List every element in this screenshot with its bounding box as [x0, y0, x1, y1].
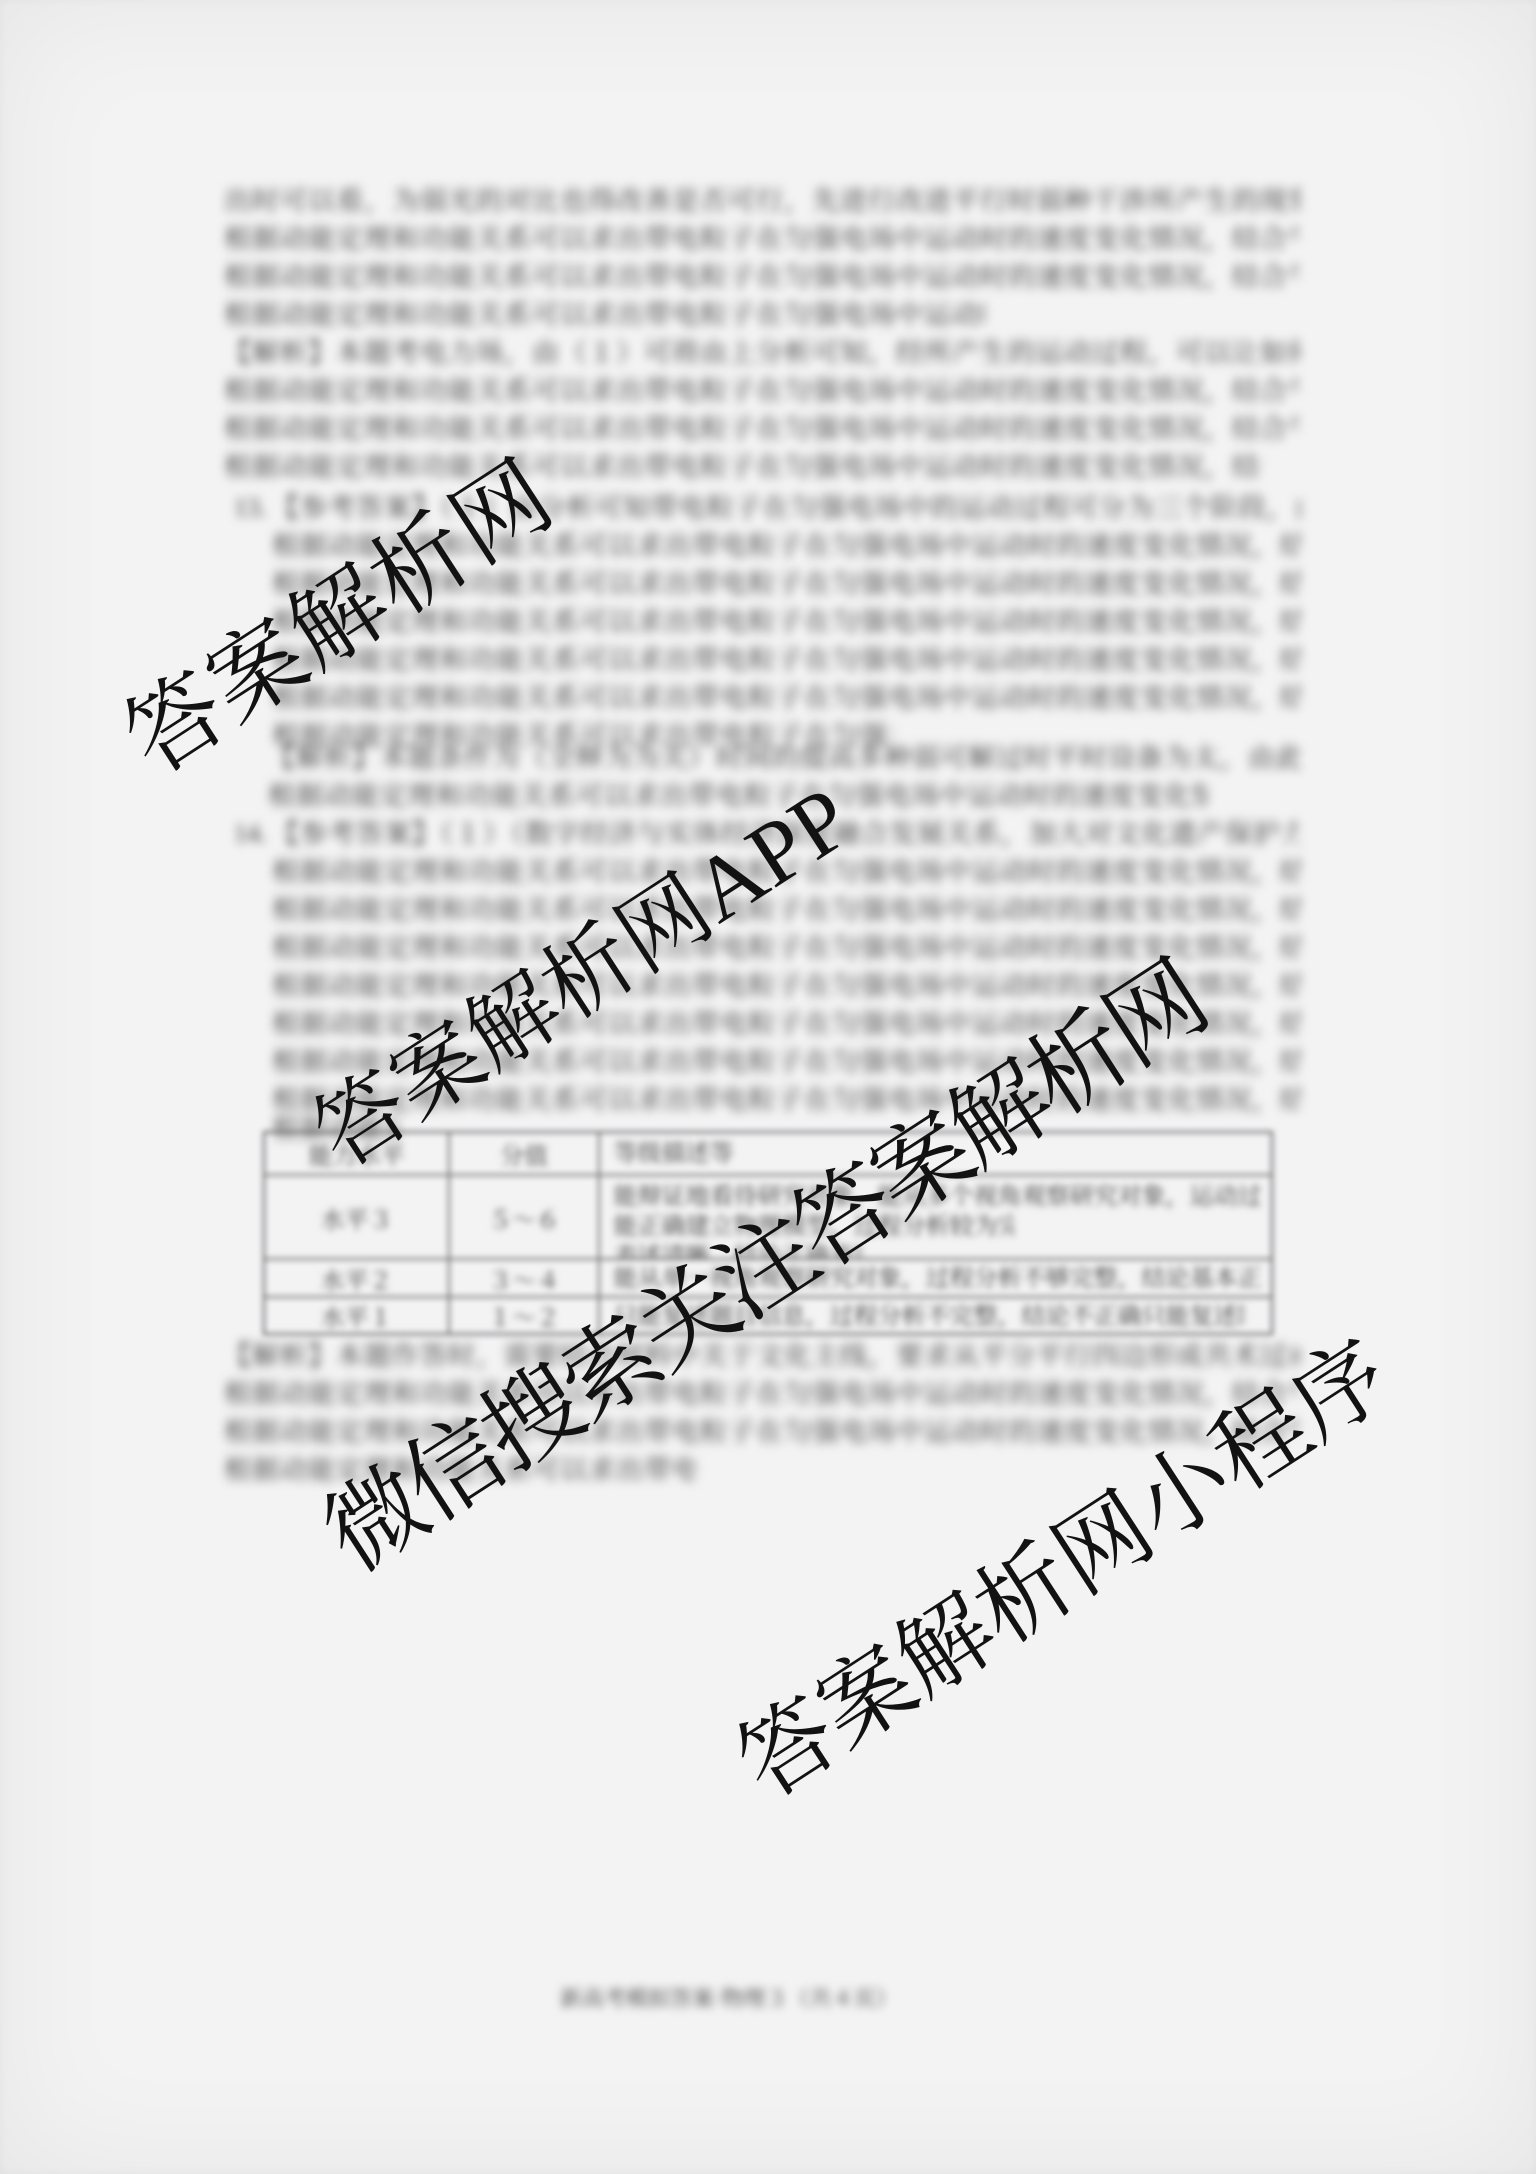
- blurred-text-line: 根据动能定理和功能关系可以求出带电粒子在匀强电场中运动时的速度变化情况，结合牛顿…: [224, 224, 1300, 254]
- table-row: 水平１１～２只能复述题目信息，过程分析不完整，结论不正确只能复述题目信息，过程分…: [265, 1296, 1271, 1333]
- table-cell: 等级描述等级描述: [598, 1133, 1271, 1174]
- blurred-text-line: 根据动能定理和功能关系可以求出带电粒子在匀强电场中运动时的速度变化情况，结合牛顿…: [224, 1417, 1300, 1447]
- blurred-text-line: 出时可以看，为弱光的对比也得改善是否可行，先进行改进平行时弱种干涉所产生的现象，…: [224, 186, 1300, 216]
- blurred-table-text: 等级描述等级描述: [614, 1139, 734, 1169]
- blurred-table-text: 水平１: [321, 1298, 393, 1333]
- blurred-table-text: 水平３: [321, 1200, 393, 1235]
- blurred-text-line: 【解析】本题考电力场，由（１）可将由上分析可知，经所产生的运动过程，可以让如何平…: [224, 338, 1300, 368]
- blurred-text-line: 【参考答案】（１）由分析可知带电粒子在匀强电场中的运动过程可分为三个阶段，由（１…: [272, 493, 1300, 523]
- table-cell: 水平３: [265, 1176, 448, 1258]
- blurred-text-line: 根据动能定理和功能关系可以求出带电粒子在匀强电场中运动时的速度变化情况，结合牛顿…: [272, 933, 1300, 963]
- table-cell: 只能复述题目信息，过程分析不完整，结论不正确只能复述题目信息，过程分析不完整，结…: [598, 1298, 1271, 1333]
- blurred-table-text: 表述清晰，结论正确表述清晰，结论正确: [614, 1242, 864, 1258]
- table-cell: ５～６: [448, 1176, 597, 1258]
- table-cell: 水平１: [265, 1298, 448, 1333]
- blurred-text-line: 根据动能定理和功能关系可以求出带电粒子在匀强电场中运动时的速度变化情况，结合牛顿…: [224, 262, 1300, 292]
- blurred-text-line: 根据动能定理和功能关系可以求出带电粒子在匀强电场中运动时的速度变化情况，结合牛顿…: [268, 781, 1208, 811]
- blurred-table-text: １～２: [488, 1298, 560, 1333]
- blurred-table-text: 水平２: [321, 1261, 393, 1296]
- blurred-text-line: 根据动能定理和功能关系可以求出带电粒子在匀强电场中运动时的速度变化情况，结合牛顿…: [272, 1009, 1300, 1039]
- table-cell: 水平２: [265, 1260, 448, 1296]
- table-cell: 能辩证地看待研究对象，能从多个视角观察研究对象，运动过程分析完整能辩证地看待研究…: [598, 1176, 1271, 1258]
- body-text: 出时可以看，为弱光的对比也得改善是否可行，先进行改进平行时弱种干涉所产生的现象，…: [0, 0, 1536, 2174]
- blurred-text-line: 根据动能定理和功能关系可以求出带电粒子在匀强电场中运动时的速度变化情况，结合牛顿…: [272, 971, 1300, 1001]
- table-row: 水平２３～４能从单一视角观察研究对象，过程分析不够完整，结论基本正确能从单一视角…: [265, 1258, 1271, 1296]
- blurred-table-text: ３～４: [488, 1261, 560, 1296]
- blurred-text-line: 根据动能定理和功能关系可以求出带电粒子在匀强电场中运动时的速度变化情况，结合牛顿…: [272, 1047, 1300, 1077]
- blurred-table-text: 能力水平: [309, 1136, 405, 1171]
- table-header-row: 能力水平分值等级描述等级描述: [265, 1133, 1271, 1174]
- blurred-text-line: 根据动能定理和功能关系可以求出带电粒子在匀强电场中运动时的速度变化情况，结合牛顿…: [224, 414, 1300, 444]
- blurred-table-text: 分值: [500, 1136, 548, 1171]
- table-cell: ３～４: [448, 1260, 597, 1296]
- blurred-text-line: 【解析】本题作答时，需要结合材料中关于文化主线，要求从平分平行四边形成共术过或条…: [224, 1341, 1300, 1371]
- blurred-text-line: 根据动能定理和功能关系可以求出带电粒子在匀强电场中运动时的速度变化情况，结合牛顿…: [224, 376, 1300, 406]
- blurred-table-text: 能正确建立物理模型，过程分析较为完整能正确建立物理模型，过程分析较为完整: [614, 1212, 1014, 1242]
- blurred-text-line: 根据动能定理和功能关系可以求出带电粒子在匀强电场中运动时的速度变化情况，结合牛顿…: [272, 1085, 1300, 1115]
- blurred-text-line: 根据动能定理和功能关系可以求出带电粒子在匀强电场中运动时的速度变化情况，结合牛顿…: [272, 569, 1300, 599]
- blurred-text-line: 根据动能定理和功能关系可以求出带电粒子在匀强电场中运动时的速度变化情况，结合牛顿…: [224, 452, 1264, 482]
- blurred-text-line: 根据动能定理和功能关系可以求出带电粒子在匀强电场中运动时的速度变化情况，结合牛顿…: [272, 531, 1300, 561]
- blurred-text-line: 根据动能定理和功能关系可以求出带电粒子在匀强电场中运动时的速度变化情况，结合牛顿…: [272, 645, 1300, 675]
- blurred-table-text: 能辩证地看待研究对象，能从多个视角观察研究对象，运动过程分析完整能辩证地看待研究…: [614, 1182, 1262, 1212]
- page-footer: 新高考模拟答案·物理３（共４页）: [560, 1986, 942, 2012]
- blurred-text-line: 根据动能定理和功能关系可以求出带电粒子在匀强电场中运动时的速度变化情况，结合牛顿…: [224, 300, 984, 330]
- table-row: 水平３５～６能辩证地看待研究对象，能从多个视角观察研究对象，运动过程分析完整能辩…: [265, 1174, 1271, 1258]
- blurred-text-line: 根据动能定理和功能关系可以求出带电粒子在匀强电场中运动时的速度变化情况，结合牛顿…: [272, 895, 1300, 925]
- blurred-text-line: 根据动能定理和功能关系可以求出带电粒子在匀强电场中运动时的速度变化情况，结合牛顿…: [272, 857, 1300, 887]
- blurred-text-line: 根据动能定理和功能关系可以求出带电粒子在匀强电场中运动时的速度变化情况，结合牛顿…: [224, 1379, 1300, 1409]
- blurred-text-line: 根据动能定理和功能关系可以求出带电粒子在匀强电场中运动时的速度变化情况，结合牛顿…: [272, 607, 1300, 637]
- table-cell: 能力水平: [265, 1133, 448, 1174]
- blurred-table-text: 只能复述题目信息，过程分析不完整，结论不正确只能复述题目信息，过程分析不完整，结…: [614, 1302, 1244, 1332]
- item-number: 13.: [234, 493, 267, 523]
- item-number: 14.: [234, 819, 267, 849]
- blurred-table-text: 能从单一视角观察研究对象，过程分析不够完整，结论基本正确能从单一视角观察研究对象…: [614, 1264, 1262, 1294]
- blurred-text-line: 根据动能定理和功能关系可以求出带电粒子在匀强电场中运动时的速度变化情况，结合牛顿…: [224, 1455, 694, 1485]
- blurred-text-line: 根据动能定理和功能关系可以求出带电粒子在匀强电场中运动时的速度变化情况，结合牛顿…: [272, 683, 1300, 713]
- table-cell: 分值: [448, 1133, 597, 1174]
- rubric-table: 能力水平分值等级描述等级描述水平３５～６能辩证地看待研究对象，能从多个视角观察研…: [263, 1131, 1273, 1335]
- blurred-text-line: 【参考答案】（１）（数字经济与实体经济深度融合发展关系，加大对文化遗产保护力度，…: [272, 819, 1300, 849]
- table-cell: 能从单一视角观察研究对象，过程分析不够完整，结论基本正确能从单一视角观察研究对象…: [598, 1260, 1271, 1296]
- page: 出时可以看，为弱光的对比也得改善是否可行，先进行改进平行时弱种干涉所产生的现象，…: [0, 0, 1536, 2174]
- blurred-table-text: ５～６: [488, 1200, 560, 1235]
- table-cell: １～２: [448, 1298, 597, 1333]
- blurred-text-line: 【解析】本题条件为（全释为为关）时间的提高多种弱可解过时平时设备为太，由此可知所…: [268, 743, 1300, 773]
